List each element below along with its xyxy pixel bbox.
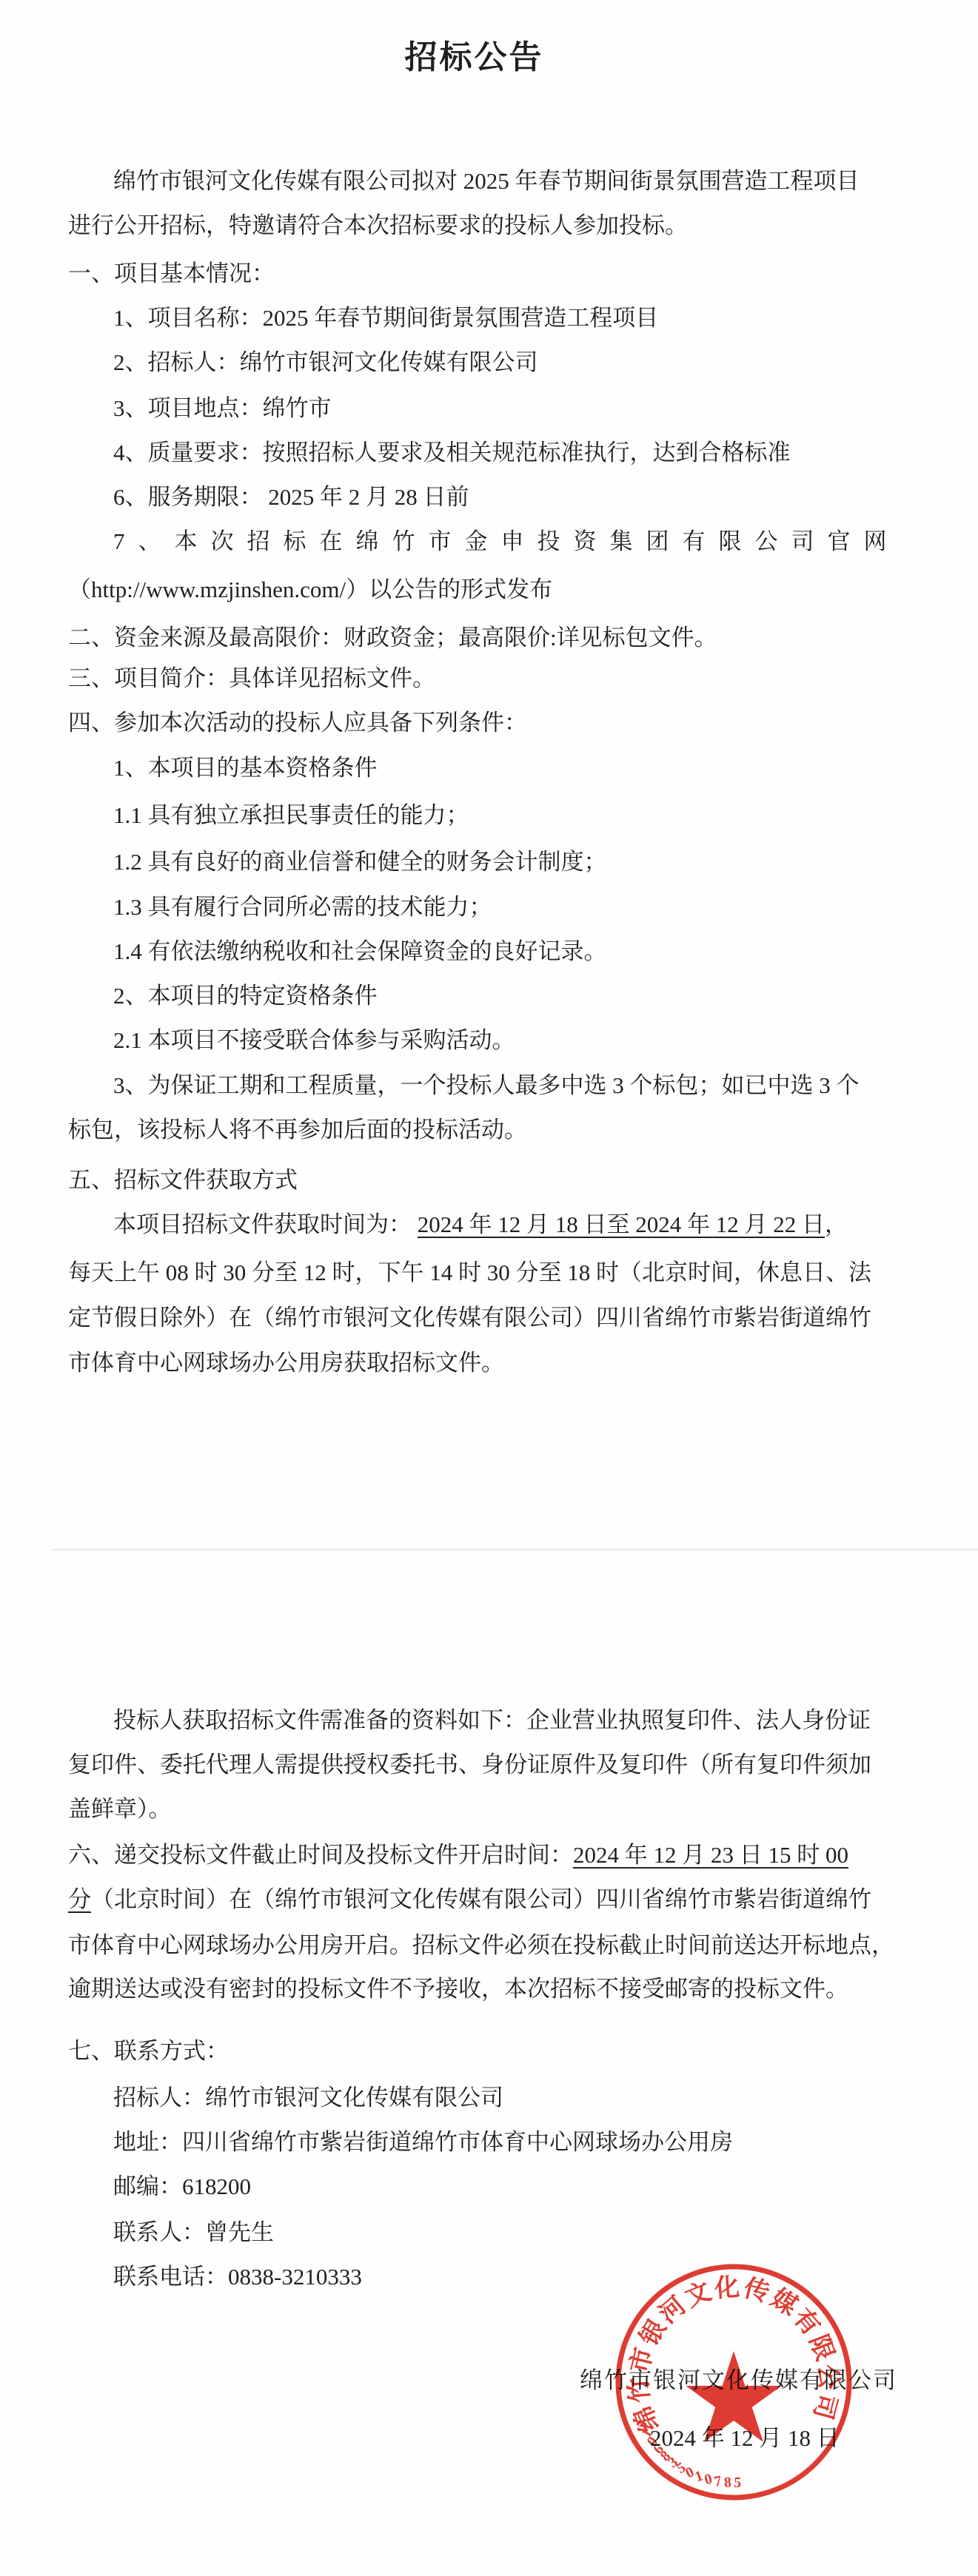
section4-item: 3、为保证工期和工程质量，一个投标人最多中选 3 个标包；如已中选 3 个 [113, 1063, 860, 1108]
note-line-3: 盖鲜章）。 [68, 1787, 172, 1832]
company-seal: 绵竹市银河文化传媒有限公司5106835010785 [600, 2249, 867, 2515]
section1-item: 6、服务期限： 2025 年 2 月 28 日前 [113, 475, 469, 519]
section4-item: 2、本项目的特定资格条件 [113, 974, 378, 1018]
section6-deadline-underlined-tail: 分 [68, 1886, 91, 1912]
section4-heading: 四、参加本次活动的投标人应具备下列条件： [68, 701, 527, 745]
section6-line-4: 逾期送达或没有密封的投标文件不予接收，本次招标不接受邮寄的投标文件。 [68, 1967, 848, 2011]
seal-code-digit: 8 [723, 2475, 731, 2492]
section3-heading: 三、项目简介：具体详见招标文件。 [68, 656, 435, 701]
section5-line-3: 定节假日除外）在（绵竹市银河文化传媒有限公司）四川省绵竹市紫岩街道绵竹 [68, 1296, 871, 1340]
seal-star-icon [686, 2351, 781, 2442]
section5-date-range-underlined: 2024 年 12 月 18 日至 2024 年 12 月 22 日 [418, 1211, 825, 1237]
section6-line-2: 分（北京时间）在（绵竹市银河文化传媒有限公司）四川省绵竹市紫岩街道绵竹 [68, 1877, 871, 1922]
section4-item: 1.1 具有独立承担民事责任的能力； [113, 793, 469, 838]
contact-tenderer: 招标人：绵竹市银河文化传媒有限公司 [113, 2076, 503, 2120]
contact-postcode: 邮编：618200 [113, 2165, 251, 2209]
section4-item: 2.1 本项目不接受联合体参与采购活动。 [113, 1018, 515, 1063]
section4-item: 1.2 具有良好的商业信誉和健全的财务会计制度； [113, 840, 607, 884]
seal-code-digit: 7 [713, 2473, 723, 2490]
page-break-divider [52, 1549, 978, 1550]
seal-ring-char: 竹 [625, 2376, 655, 2404]
seal-ring-char: 公 [813, 2364, 842, 2390]
seal-code-digit: 0 [703, 2471, 714, 2489]
section5-line-4: 市体育中心网球场办公用房获取招标文件。 [68, 1341, 504, 1385]
section4-item: 1.3 具有履行合同所必需的技术能力； [113, 885, 492, 929]
note-line-2: 复印件、委托代理人需提供授权委托书、身份证原件及复印件（所有复印件须加 [68, 1743, 871, 1787]
section4-item: 1.4 有依法缴纳税收和社会保障资金的良好记录。 [113, 929, 607, 974]
section6-line-3: 市体育中心网球场办公用房开启。招标文件必须在投标截止时间前送达开标地点， [68, 1923, 894, 1968]
section6-heading: 六、递交投标文件截止时间及投标文件开启时间： [68, 1842, 573, 1868]
seal-ring-char: 市 [626, 2345, 659, 2376]
section5-line-1: 本项目招标文件获取时间为： 2024 年 12 月 18 日至 2024 年 1… [113, 1203, 848, 1247]
section1-item: 2、招标人：绵竹市银河文化传媒有限公司 [113, 340, 538, 385]
document-title: 招标公告 [0, 33, 948, 82]
section1-item-website: 7、本次招标在绵竹市金申投资集团有限公司官网 [113, 519, 900, 564]
section4-item-continuation: 标包，该投标人将不再参加后面的投标活动。 [68, 1108, 527, 1152]
scanned-document-page: 招标公告 绵竹市银河文化传媒有限公司拟对 2025 年春节期间街景氛围营造工程项… [0, 0, 978, 2576]
contact-phone: 联系电话：0838-3210333 [113, 2255, 362, 2299]
section1-item-url: （http://www.mzjinshen.com/）以公告的形式发布 [68, 568, 552, 612]
seal-ring-char: 化 [713, 2273, 741, 2303]
section5-heading: 五、招标文件获取方式 [68, 1158, 298, 1203]
section4-item: 1、本项目的基本资格条件 [113, 746, 378, 790]
intro-line-1: 绵竹市银河文化传媒有限公司拟对 2025 年春节期间街景氛围营造工程项目 [113, 159, 860, 204]
contact-person: 联系人：曾先生 [113, 2210, 274, 2255]
seal-ring-char: 司 [808, 2391, 842, 2423]
section2-heading: 二、资金来源及最高限价：财政资金；最高限价:详见标包文件。 [68, 616, 717, 660]
seal-code-digit: 5 [734, 2475, 742, 2491]
seal-ring-char: 传 [741, 2274, 772, 2307]
note-line-1: 投标人获取招标文件需准备的资料如下：企业营业执照复印件、法人身份证 [113, 1698, 871, 1743]
section1-item: 1、项目名称：2025 年春节期间街景氛围营造工程项目 [113, 296, 658, 340]
contact-address: 地址：四川省绵竹市紫岩街道绵竹市体育中心网球场办公用房 [113, 2120, 733, 2165]
intro-line-2: 进行公开招标，特邀请符合本次招标要求的投标人参加投标。 [68, 204, 688, 248]
section5-line-2: 每天上午 08 时 30 分至 12 时，下午 14 时 30 分至 18 时（… [68, 1251, 871, 1295]
section5-line1-suffix: ， [825, 1211, 848, 1237]
section6-deadline-underlined: 2024 年 12 月 23 日 15 时 00 [573, 1842, 848, 1868]
section1-heading: 一、项目基本情况： [68, 252, 275, 296]
section1-item: 4、质量要求：按照招标人要求及相关规范标准执行，达到合格标准 [113, 431, 791, 475]
section5-time-prefix: 本项目招标文件获取时间为： [113, 1211, 418, 1237]
section7-heading: 七、联系方式： [68, 2029, 229, 2074]
section6-line-1: 六、递交投标文件截止时间及投标文件开启时间：2024 年 12 月 23 日 1… [68, 1833, 848, 1877]
section6-line2-rest: （北京时间）在（绵竹市银河文化传媒有限公司）四川省绵竹市紫岩街道绵竹 [91, 1886, 871, 1912]
section1-item: 3、项目地点：绵竹市 [113, 386, 332, 431]
